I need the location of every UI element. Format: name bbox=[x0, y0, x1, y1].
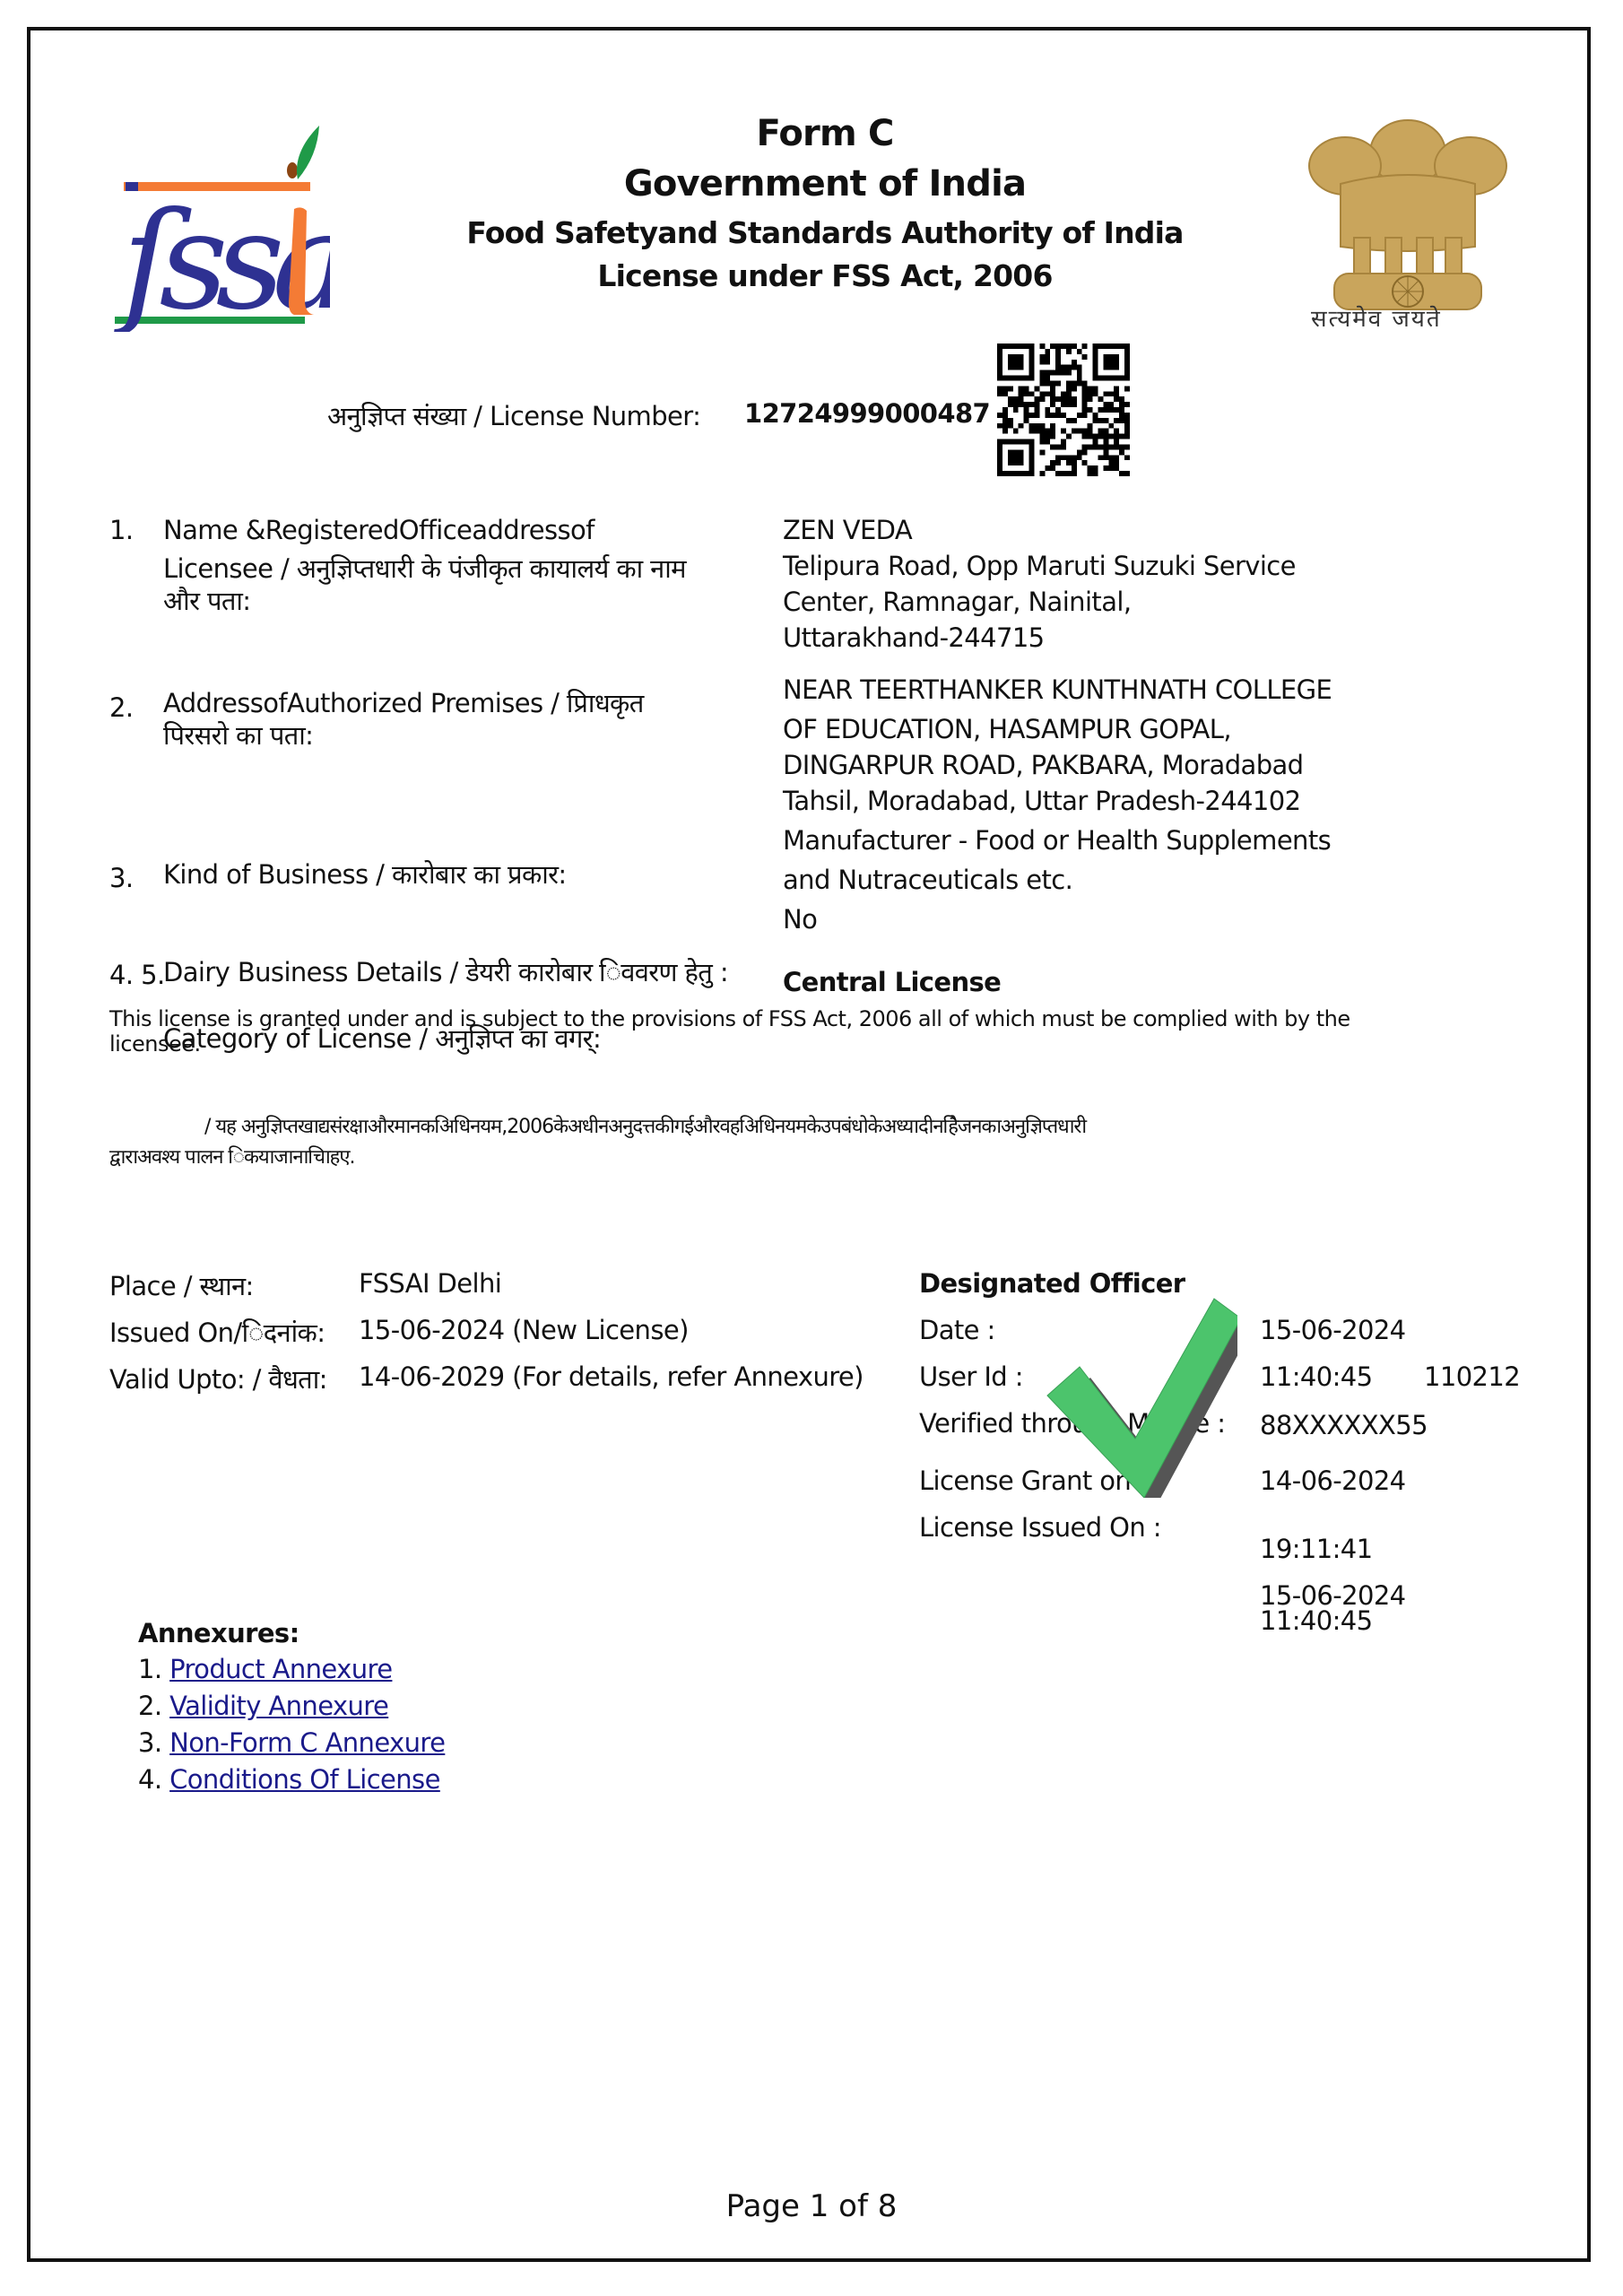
place-label: Place / स्थान: bbox=[109, 1268, 254, 1303]
issued-on-label: Issued On/िदनांक: bbox=[109, 1315, 325, 1350]
authority-title: Food Safetyand Standards Authority of In… bbox=[377, 215, 1273, 250]
officer-userid-value: 110212 bbox=[1424, 1361, 1520, 1392]
field-1-label-line-3: और पता: bbox=[163, 583, 250, 618]
page-indicator: Page 1 of 8 bbox=[0, 2188, 1623, 2224]
license-number-label: अनुज्ञिप्त संख्या / License Number: bbox=[327, 398, 700, 433]
product-annexure-link[interactable]: Product Annexure bbox=[169, 1654, 392, 1684]
premises-address-line-2: OF EDUCATION, HASAMPUR GOPAL, bbox=[783, 714, 1231, 744]
license-number-value: 12724999000487 bbox=[744, 398, 990, 429]
act-title: License under FSS Act, 2006 bbox=[377, 258, 1273, 293]
officer-userid-label: User Id : bbox=[919, 1361, 1023, 1392]
field-1-label-line-1: Name &RegisteredOfficeaddressof bbox=[163, 515, 595, 545]
valid-upto-label: Valid Upto: / वैधता: bbox=[109, 1361, 327, 1396]
annexure-number: 3. bbox=[138, 1727, 161, 1758]
field-2-number: 2. bbox=[109, 692, 133, 723]
form-title: Form C bbox=[377, 113, 1273, 154]
field-3-label: Kind of Business / कारोबार का प्रकार: bbox=[163, 857, 567, 891]
qr-code-icon[interactable] bbox=[997, 344, 1130, 476]
annexures-heading: Annexures: bbox=[138, 1618, 299, 1648]
premises-address-line-3: DINGARPUR ROAD, PAKBARA, Moradabad bbox=[783, 750, 1304, 780]
disclaimer-hindi-line-2: द्वाराअवश्य पालन िकयाजानाचािहए. bbox=[109, 1143, 355, 1170]
issued-on-value: 15-06-2024 (New License) bbox=[359, 1315, 689, 1345]
field-4-5-number: 4. 5. bbox=[109, 960, 165, 990]
validity-annexure-link[interactable]: Validity Annexure bbox=[169, 1691, 388, 1721]
field-3-number: 3. bbox=[109, 863, 133, 893]
annexure-number: 1. bbox=[138, 1654, 161, 1684]
officer-time: 11:40:45 bbox=[1260, 1361, 1372, 1392]
officer-date-label: Date : bbox=[919, 1315, 995, 1345]
conditions-of-license-link[interactable]: Conditions Of License bbox=[169, 1764, 440, 1795]
license-grant-value: 14-06-2024 bbox=[1260, 1465, 1406, 1496]
licensee-address-line-3: Uttarakhand-244715 bbox=[783, 622, 1045, 653]
disclaimer-hindi-line-1: / यह अनुज्ञिप्तखाद्यसंरक्षाऔरमानकअिधिनयम… bbox=[204, 1112, 1086, 1139]
disclaimer-english-line-2: licensee. bbox=[109, 1031, 201, 1057]
valid-upto-value: 14-06-2029 (For details, refer Annexure) bbox=[359, 1361, 864, 1392]
annexure-item-1: 1. Product Annexure bbox=[138, 1654, 392, 1684]
licensee-address-line-1: Telipura Road, Opp Maruti Suzuki Service bbox=[783, 551, 1296, 581]
verified-checkmark-icon bbox=[1040, 1291, 1237, 1498]
non-form-c-annexure-link[interactable]: Non-Form C Annexure bbox=[169, 1727, 445, 1758]
dairy-business-value: No bbox=[783, 904, 817, 935]
annexure-item-3: 3. Non-Form C Annexure bbox=[138, 1727, 445, 1758]
government-title: Government of India bbox=[377, 163, 1273, 204]
premises-address-line-1: NEAR TEERTHANKER KUNTHNATH COLLEGE bbox=[783, 674, 1332, 705]
disclaimer-english-line-1: This license is granted under and is sub… bbox=[109, 1006, 1350, 1031]
field-1-number: 1. bbox=[109, 515, 133, 545]
business-kind-line-1: Manufacturer - Food or Health Supplement… bbox=[783, 825, 1331, 856]
licensee-name: ZEN VEDA bbox=[783, 515, 912, 545]
premises-address-line-4: Tahsil, Moradabad, Uttar Pradesh-244102 bbox=[783, 786, 1300, 816]
field-2-label-line-2: पिरसरो का पता: bbox=[163, 717, 313, 752]
annexure-number: 4. bbox=[138, 1764, 161, 1795]
field-4-label: Dairy Business Details / डेयरी कारोबार ि… bbox=[163, 954, 728, 989]
license-issued-time: 11:40:45 bbox=[1260, 1605, 1372, 1636]
license-category-value: Central License bbox=[783, 967, 1001, 997]
license-grant-time: 19:11:41 bbox=[1260, 1534, 1372, 1564]
annexure-number: 2. bbox=[138, 1691, 161, 1721]
field-1-label-line-2: Licensee / अनुज्ञिप्तधारी के पंजीकृत काय… bbox=[163, 551, 686, 586]
emblem-motto: सत्यमेव जयते bbox=[1311, 301, 1442, 334]
officer-date-value: 15-06-2024 bbox=[1260, 1315, 1406, 1345]
place-value: FSSAI Delhi bbox=[359, 1268, 501, 1299]
annexure-item-4: 4. Conditions Of License bbox=[138, 1764, 440, 1795]
verified-mobile-value: 88XXXXXX55 bbox=[1260, 1410, 1428, 1440]
field-2-label-line-1: AddressofAuthorized Premises / प्रािधकृत bbox=[163, 685, 644, 720]
fssai-logo: ſssa bbox=[106, 106, 330, 332]
annexure-item-2: 2. Validity Annexure bbox=[138, 1691, 388, 1721]
licensee-address-line-2: Center, Ramnagar, Nainital, bbox=[783, 587, 1131, 617]
business-kind-line-2: and Nutraceuticals etc. bbox=[783, 865, 1072, 895]
license-issued-label: License Issued On : bbox=[919, 1512, 1161, 1543]
